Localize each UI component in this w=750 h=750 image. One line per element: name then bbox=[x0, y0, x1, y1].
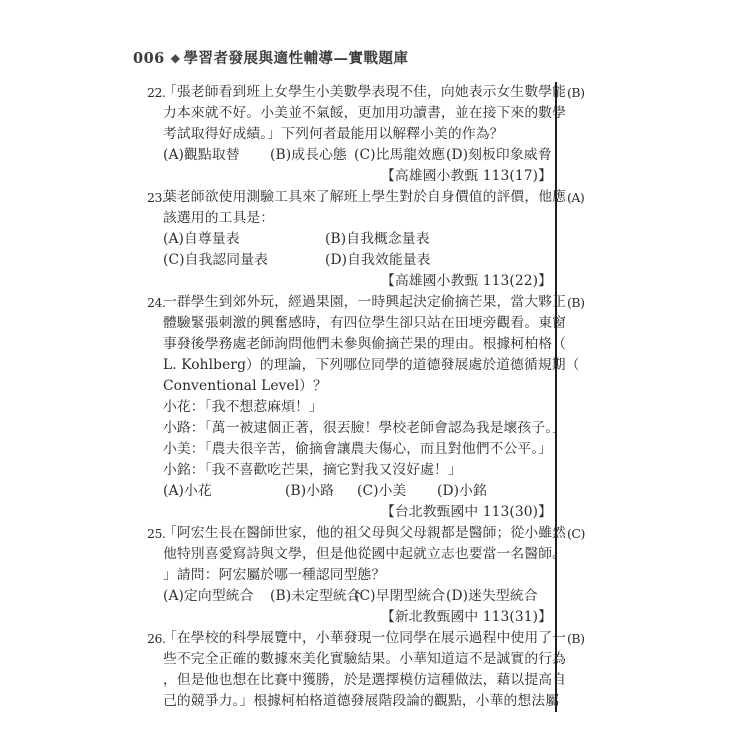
question-body: 「張老師看到班上女學生小美數學表現不佳，向她表示女生數學能 力本來就不好。小美並… bbox=[163, 82, 555, 187]
option-d: (D)小銘 bbox=[437, 481, 487, 502]
book-page: 006◆學習者發展與適性輔導—實戰題庫 22. 「張老師看到班上女學生小美數學表… bbox=[0, 0, 750, 750]
question-body: 「阿宏生長在醫師世家，他的祖父母與父母親都是醫師；從小雖然 他特別喜愛寫詩與文學… bbox=[163, 523, 555, 628]
diamond-icon: ◆ bbox=[171, 51, 181, 65]
answer-label: (B) bbox=[567, 628, 584, 649]
question-number: 26. bbox=[147, 628, 163, 712]
option-c: (C)小美 bbox=[357, 481, 437, 502]
question-item-26: 26. 「在學校的科學展覽中，小華發現一位同學在展示過程中使用了一 些不完全正確… bbox=[147, 628, 750, 712]
option-b: (B)成長心態 bbox=[270, 145, 354, 166]
option-a: (A)觀點取替 bbox=[163, 145, 270, 166]
answer-cell: (B) bbox=[555, 82, 750, 187]
dialogue-line: 小銘：「我不喜歡吃芒果，摘它對我又沒好處！」 bbox=[163, 460, 555, 481]
option-d: (D)自我效能量表 bbox=[325, 250, 552, 271]
answer-cell: (B) bbox=[555, 292, 750, 523]
options-row: (A)定向型統合 (B)未定型統合 (C)早閉型統合 (D)迷失型統合 bbox=[163, 586, 555, 607]
question-stem-line: 」請問：阿宏屬於哪一種認同型態？ bbox=[163, 565, 555, 586]
option-d: (D)迷失型統合 bbox=[446, 586, 538, 607]
book-title: 學習者發展與適性輔導—實戰題庫 bbox=[184, 50, 409, 67]
question-stem-line: 「阿宏生長在醫師世家，他的祖父母與父母親都是醫師；從小雖然 bbox=[163, 523, 555, 544]
question-stem-line: 他特別喜愛寫詩與文學，但是他從國中起就立志也要當一名醫師。 bbox=[163, 544, 555, 565]
question-stem-line: 力本來就不好。小美並不氣餒，更加用功讀書，並在接下來的數學 bbox=[163, 103, 555, 124]
page-number: 006 bbox=[133, 50, 165, 67]
question-stem-line: 一群學生到郊外玩，經過果園，一時興起決定偷摘芒果，當大夥正 bbox=[163, 292, 555, 313]
exam-citation: 【新北教甄國中 113(31)】 bbox=[163, 607, 555, 628]
page-header: 006◆學習者發展與適性輔導—實戰題庫 bbox=[133, 47, 409, 68]
question-stem-line: Conventional Level）？ bbox=[163, 376, 555, 397]
question-item-24: 24. 一群學生到郊外玩，經過果園，一時興起決定偷摘芒果，當大夥正 體驗緊張刺激… bbox=[147, 292, 750, 523]
answer-cell: (B) bbox=[555, 628, 750, 712]
question-stem-line: 該選用的工具是： bbox=[163, 208, 555, 229]
dialogue-line: 小路：「萬一被逮個正著，很丟臉！學校老師會認為我是壞孩子。」 bbox=[163, 418, 555, 439]
question-item-23: 23. 葉老師欲使用測驗工具來了解班上學生對於自身價值的評價，他應 該選用的工具… bbox=[147, 187, 750, 292]
option-b: (B)小路 bbox=[285, 481, 357, 502]
option-c: (C)比馬龍效應 bbox=[354, 145, 446, 166]
question-body: 「在學校的科學展覽中，小華發現一位同學在展示過程中使用了一 些不完全正確的數據來… bbox=[163, 628, 555, 712]
answer-cell: (A) bbox=[555, 187, 750, 292]
question-body: 葉老師欲使用測驗工具來了解班上學生對於自身價值的評價，他應 該選用的工具是： (… bbox=[163, 187, 555, 292]
option-a: (A)定向型統合 bbox=[163, 586, 270, 607]
question-item-25: 25. 「阿宏生長在醫師世家，他的祖父母與父母親都是醫師；從小雖然 他特別喜愛寫… bbox=[147, 523, 750, 628]
option-c: (C)早閉型統合 bbox=[354, 586, 446, 607]
dialogue-line: 小美：「農夫很辛苦，偷摘會讓農夫傷心，而且對他們不公平。」 bbox=[163, 439, 555, 460]
options-row: (A)觀點取替 (B)成長心態 (C)比馬龍效應 (D)刻板印象威脅 bbox=[163, 145, 555, 166]
question-number: 24. bbox=[147, 292, 163, 523]
option-a: (A)小花 bbox=[163, 481, 285, 502]
question-number: 22. bbox=[147, 82, 163, 187]
question-stem-line: ，但是他也想在比賽中獲勝，於是選擇模仿這種做法，藉以提高自 bbox=[163, 670, 555, 691]
answer-cell: (C) bbox=[555, 523, 750, 628]
answer-label: (C) bbox=[567, 523, 585, 544]
exam-citation: 【台北教甄國中 113(30)】 bbox=[163, 502, 555, 523]
question-number: 23. bbox=[147, 187, 163, 292]
question-item-22: 22. 「張老師看到班上女學生小美數學表現不佳，向她表示女生數學能 力本來就不好… bbox=[147, 82, 750, 187]
option-a: (A)自尊量表 bbox=[163, 229, 325, 250]
question-stem-line: 考試取得好成績。」下列何者最能用以解釋小美的作為？ bbox=[163, 124, 555, 145]
question-stem-line: 「在學校的科學展覽中，小華發現一位同學在展示過程中使用了一 bbox=[163, 628, 555, 649]
option-b: (B)未定型統合 bbox=[270, 586, 354, 607]
question-body: 一群學生到郊外玩，經過果園，一時興起決定偷摘芒果，當大夥正 體驗緊張刺激的興奮感… bbox=[163, 292, 555, 523]
answer-label: (B) bbox=[567, 292, 584, 313]
option-b: (B)自我概念量表 bbox=[325, 229, 552, 250]
dialogue-line: 小花：「我不想惹麻煩！」 bbox=[163, 397, 555, 418]
question-stem-line: 葉老師欲使用測驗工具來了解班上學生對於自身價值的評價，他應 bbox=[163, 187, 555, 208]
exam-citation: 【高雄國小教甄 113(17)】 bbox=[163, 166, 555, 187]
option-c: (C)自我認同量表 bbox=[163, 250, 325, 271]
options-grid: (A)自尊量表 (B)自我概念量表 (C)自我認同量表 (D)自我效能量表 bbox=[163, 229, 555, 271]
question-stem-line: 體驗緊張刺激的興奮感時，有四位學生卻只站在田埂旁觀看。東窗 bbox=[163, 313, 555, 334]
exam-citation: 【高雄國小教甄 113(22)】 bbox=[163, 271, 555, 292]
question-stem-line: 己的競爭力。」根據柯柏格道德發展階段論的觀點，小華的想法屬 bbox=[163, 691, 555, 712]
question-stem-line: 事發後學務處老師詢問他們未參與偷摘芒果的理由。根據柯柏格（ bbox=[163, 334, 555, 355]
answer-label: (B) bbox=[567, 82, 584, 103]
question-stem-line: L. Kohlberg）的理論，下列哪位同學的道德發展處於道德循規期（ bbox=[163, 355, 555, 376]
options-row: (A)小花 (B)小路 (C)小美 (D)小銘 bbox=[163, 481, 555, 502]
question-list: 22. 「張老師看到班上女學生小美數學表現不佳，向她表示女生數學能 力本來就不好… bbox=[147, 82, 750, 712]
question-stem-line: 「張老師看到班上女學生小美數學表現不佳，向她表示女生數學能 bbox=[163, 82, 555, 103]
question-number: 25. bbox=[147, 523, 163, 628]
question-stem-line: 些不完全正確的數據來美化實驗結果。小華知道這不是誠實的行為 bbox=[163, 649, 555, 670]
option-d: (D)刻板印象威脅 bbox=[446, 145, 552, 166]
answer-label: (A) bbox=[567, 187, 584, 208]
